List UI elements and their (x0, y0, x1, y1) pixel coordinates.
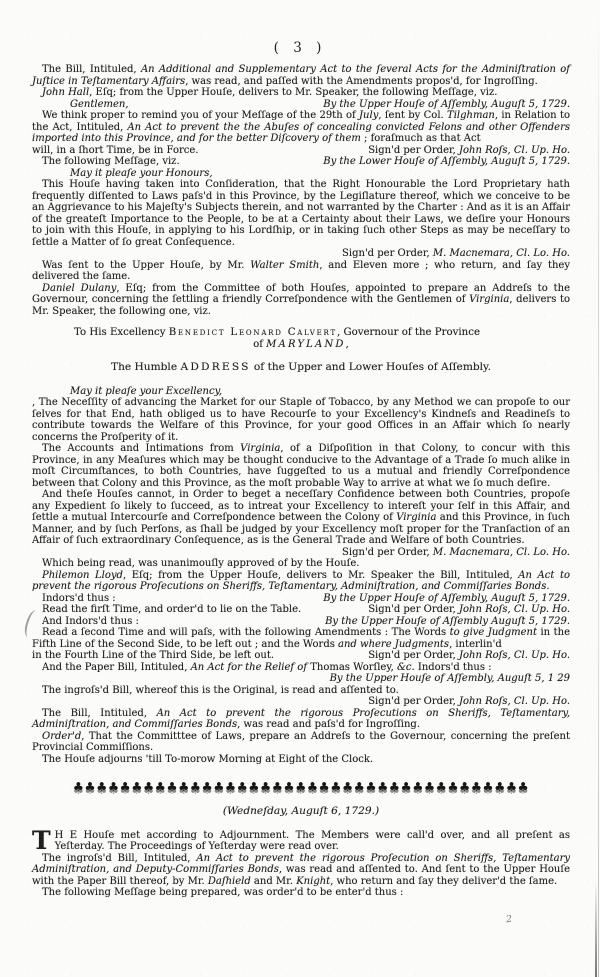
text-segment: By the Upper Houſe of Aſſembly, Auguſt 5… (323, 99, 570, 110)
paragraph: , The Neceſſity of advancing the Market … (32, 397, 570, 443)
paragraph: Order'd, That the Committtee of Laws, pr… (32, 731, 570, 754)
text-segment: Sign'd per Order, (368, 145, 459, 156)
paragraph: And the Paper Bill, Intituled, An Act fo… (32, 662, 570, 674)
text-segment: , was read, and paſſed with the Amendmen… (185, 76, 538, 87)
attribution-line: Sign'd per Order, M. Macnemara, Cl. Lo. … (32, 547, 570, 559)
text-segment: The following Meſſage being prepared, wa… (42, 887, 403, 898)
text-segment: May it pleaſe your Honours, (70, 168, 213, 179)
document-page: ( 3 ) The Bill, Intituled, An Additional… (0, 0, 600, 977)
attribution-line: By the Upper Houſe of Aſſembly, Auguſt 5… (32, 673, 570, 685)
text-segment: John Roſs, Cl. Up. Ho. (459, 696, 570, 707)
centered-line: of MARYLAND, (32, 339, 570, 351)
text-segment: MARYLAND (266, 339, 346, 350)
text-segment: The Humble (111, 361, 180, 373)
text-segment: Sign'd per Order, (342, 547, 433, 558)
paragraph: This Houſe having taken into Conſiderati… (32, 179, 570, 248)
text-segment: Which being read, was unanimouſly approv… (42, 558, 359, 569)
text-segment: Walter Smith (250, 260, 319, 271)
text-segment: , Eſq; from the Upper Houſe, delivers to… (123, 570, 518, 581)
text-segment: John Roſs, Cl. Up. Ho. (459, 604, 570, 615)
text-segment: Benedict Leonard Calvert (169, 327, 337, 338)
attribution-line: Sign'd per Order, M. Macnemara, Cl. Lo. … (32, 248, 570, 260)
attribution: By the Upper Houſe of Aſſembly, Auguſt 5… (323, 593, 570, 605)
text-segment: The ingroſs'd Bill, whereof this is the … (42, 685, 399, 696)
text-segment: of the Upper and Lower Houſes of Aſſembl… (251, 361, 491, 373)
opening-paragraph: TH E Houſe met according to Adjournment.… (32, 830, 570, 853)
drop-cap-letter: T (32, 830, 55, 851)
paragraph: May it pleaſe your Excellency, (32, 386, 570, 398)
paragraph: John Hall, Eſq; from the Upper Houſe, de… (32, 87, 570, 99)
split-line: The following Meſſage, viz.By the Lower … (32, 156, 570, 168)
paragraph: May it pleaſe your Honours, (32, 168, 570, 180)
text-segment: , The Neceſſity of advancing the Market … (32, 397, 570, 443)
text-segment: M. Macnemara, Cl. Lo. Ho. (433, 248, 570, 259)
attribution: By the Upper Houſe of Aſſembly, Auguſt 5… (323, 99, 570, 111)
text-segment: This Houſe having taken into Conſiderati… (32, 179, 570, 248)
document-body: The Bill, Intituled, An Additional and S… (32, 64, 570, 899)
scan-edge-shadow (598, 0, 600, 977)
paragraph: The Houſe adjourns 'till To-morow Mornin… (32, 754, 570, 766)
text-segment: , Governour of the Province (337, 327, 480, 338)
text-segment: of (253, 339, 266, 350)
text-segment: , That the Committtee of Laws, prepare a… (32, 731, 570, 754)
split-line: Indors'd thus :By the Upper Houſe of Aſſ… (32, 593, 570, 605)
text-segment: Sign'd per Order, (368, 604, 459, 615)
text-segment: , who return and ſay they deliver'd the … (330, 876, 557, 887)
text-segment: The Accounts and Intimations from (42, 443, 240, 454)
centered-line: (Wedneſday, Auguſt 6, 1729.) (32, 806, 570, 818)
text-segment: , Eſq; from the Upper Houſe, delivers to… (89, 87, 497, 98)
text-segment: will, in a ſhort Time, be in Force. (32, 145, 198, 156)
text-segment: Read a ſecond Time and will paſs, with t… (42, 627, 450, 638)
page-number: ( 3 ) (0, 40, 600, 56)
text-segment: The Houſe adjourns 'till To-morow Mornin… (42, 754, 373, 765)
split-line: And Indors'd thus :By the Upper Houſe of… (32, 616, 570, 628)
text-segment: To His Excellency (74, 327, 169, 338)
line-left: Read the firſt Time, and order'd to lie … (32, 604, 301, 616)
paragraph: To His Excellency Benedict Leonard Calve… (32, 327, 570, 339)
text-segment: and Mr. (251, 876, 296, 887)
paragraph: And theſe Houſes cannot, in Order to beg… (32, 489, 570, 547)
text-segment: Sign'd per Order, (368, 650, 459, 661)
paragraph: Which being read, was unanimouſly approv… (32, 558, 570, 570)
text-segment: The Bill, Intituled, (42, 708, 157, 719)
text-segment: Order'd (42, 731, 81, 742)
text-segment: John Roſs, Cl. Up. Ho. (459, 145, 570, 156)
text-segment: John Hall (42, 87, 89, 98)
attribution: Sign'd per Order, John Roſs, Cl. Up. Ho. (368, 604, 570, 616)
text-segment: And Indors'd thus : (42, 616, 139, 627)
text-segment: July (359, 110, 378, 121)
line-left: And Indors'd thus : (32, 616, 139, 628)
paragraph: Was ſent to the Upper Houſe, by Mr. Walt… (32, 260, 570, 283)
text-segment: Sign'd per Order, (342, 248, 433, 259)
paragraph: The following Meſſage being prepared, wa… (32, 887, 570, 899)
split-line: Read the firſt Time, and order'd to lie … (32, 604, 570, 616)
paragraph: The ingroſs'd Bill, whereof this is the … (32, 685, 570, 697)
paragraph: Read a ſecond Time and will paſs, with t… (32, 627, 570, 650)
text-segment: And the Paper Bill, Intituled, (42, 662, 191, 673)
text-segment: May it pleaſe your Excellency, (70, 386, 222, 397)
text-segment: An Act for the Relief of (191, 662, 307, 673)
text-segment: and where Judgments (338, 639, 449, 650)
paragraph: We think proper to remind you of your Me… (32, 110, 570, 145)
text-segment: The ingroſs'd Bill, Intituled, (42, 853, 196, 864)
paragraph: Daniel Dulany, Eſq; from the Committee o… (32, 283, 570, 318)
text-segment: Indors'd thus : (415, 662, 492, 673)
text-segment: &c. (397, 662, 415, 673)
split-line: will, in a ſhort Time, be in Force.Sign'… (32, 145, 570, 157)
paragraph: The Bill, Intituled, An Additional and S… (32, 64, 570, 87)
scan-edge-streak (595, 882, 597, 977)
line-left: will, in a ſhort Time, be in Force. (32, 145, 198, 157)
text-segment: Tilghman (447, 110, 495, 121)
text-segment: Sign'd per Order, (368, 696, 459, 707)
text-segment: Indors'd thus : (42, 593, 116, 604)
line-left: Indors'd thus : (32, 593, 116, 605)
paragraph: The Bill, Intituled, An Act to prevent t… (32, 708, 570, 731)
text-segment: Was ſent to the Upper Houſe, by Mr. (42, 260, 250, 271)
text-segment: Philemon Lloyd (42, 570, 123, 581)
text-segment: in the Fourth Line of the Third Side, be… (32, 650, 274, 661)
text-segment: to give Judgment (450, 627, 537, 638)
text-segment: Read the firſt Time, and order'd to lie … (42, 604, 301, 615)
line-left: Gentlemen, (32, 99, 129, 111)
text-segment: We think proper to remind you of your Me… (42, 110, 359, 121)
line-left: The following Meſſage, viz. (32, 156, 180, 168)
paragraph: The ingroſs'd Bill, Intituled, An Act to… (32, 853, 570, 888)
text-segment: ADDRESS (180, 361, 250, 373)
text-segment: By the Upper Houſe of Aſſembly, Auguſt 5… (323, 593, 570, 604)
text-segment: Virginia (469, 294, 509, 305)
attribution-line: Sign'd per Order, John Roſs, Cl. Up. Ho. (32, 696, 570, 708)
attribution: Sign'd per Order, John Roſs, Cl. Up. Ho. (368, 650, 570, 662)
split-line: Gentlemen,By the Upper Houſe of Aſſembly… (32, 99, 570, 111)
attribution: Sign'd per Order, John Roſs, Cl. Up. Ho. (368, 145, 570, 157)
text-segment: Thomas Worſley, (307, 662, 397, 673)
text-segment: By the Upper Houſe of Aſſembly Auguſt 5,… (325, 616, 570, 627)
attribution: By the Lower Houſe of Aſſembly, Auguſt 5… (323, 156, 570, 168)
text-segment: The Bill, Intituled, (42, 64, 141, 75)
text-segment: Virginia (396, 512, 436, 523)
text-segment: By the Upper Houſe of Aſſembly, Auguſt 5… (330, 673, 570, 684)
text-segment: , ſent by Col. (378, 110, 447, 121)
text-segment: M. Macnemara, Cl. Lo. Ho. (433, 547, 570, 558)
text-segment: Virginia (240, 443, 280, 454)
text-segment: , was read and paſs'd for Ingroſſing. (237, 719, 420, 730)
text-segment: John Roſs, Cl. Up. Ho. (459, 650, 570, 661)
centered-line: The Humble ADDRESS of the Upper and Lowe… (32, 362, 570, 374)
split-line: in the Fourth Line of the Third Side, be… (32, 650, 570, 662)
ornament-divider: ♣♣♣♣♣♣♣♣♣♣♣♣♣♣♣♣♣♣♣♣♣♣♣♣♣♣♣♣♣♣♣♣♣♣♣♣♣♣♣ (32, 779, 570, 794)
text-segment: H E Houſe met according to Adjournment. … (55, 830, 570, 853)
text-segment: Daſhield (208, 876, 251, 887)
text-segment: Gentlemen, (70, 99, 129, 110)
text-segment: The following Meſſage, viz. (42, 156, 180, 167)
paragraph: The Accounts and Intimations from Virgin… (32, 443, 570, 489)
line-left: in the Fourth Line of the Third Side, be… (32, 650, 274, 662)
text-segment: , interlin'd (449, 639, 502, 650)
attribution: By the Upper Houſe of Aſſembly Auguſt 5,… (325, 616, 570, 628)
text-segment: (Wedneſday, Auguſt 6, 1729.) (223, 805, 379, 817)
text-segment: ; foraſmuch as that Act (361, 133, 481, 144)
signature-mark: 2 (505, 914, 513, 926)
text-segment: Knight (296, 876, 330, 887)
text-segment: , (346, 339, 349, 350)
text-segment: Daniel Dulany (42, 283, 116, 294)
paragraph: Philemon Lloyd, Eſq; from the Upper Houſ… (32, 570, 570, 593)
text-segment: By the Lower Houſe of Aſſembly, Auguſt 5… (323, 156, 570, 167)
